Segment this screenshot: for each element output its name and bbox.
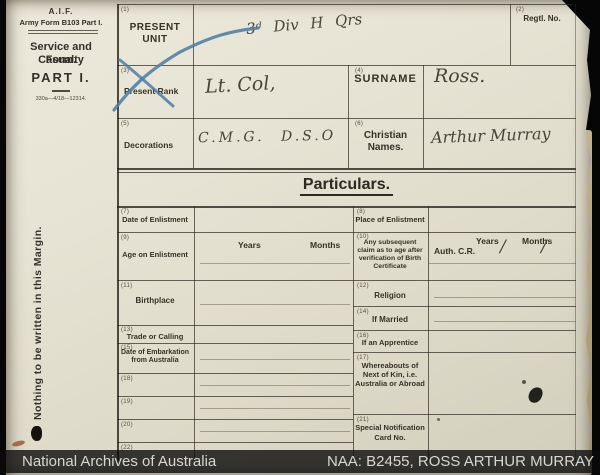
handwriting-present-rank: Lt. Col, — [204, 72, 275, 98]
field-label-auth-cr: Auth. C.R. — [434, 246, 475, 256]
margin-form-number: Army Form B103 Part I. — [6, 18, 116, 27]
ink-blot — [527, 385, 544, 404]
row-number: (19) — [121, 399, 133, 405]
grid-line — [117, 280, 576, 281]
row-label-if-an-apprentice: If an Apprentice — [354, 338, 426, 347]
row-number: (18) — [121, 376, 133, 382]
row-label-age-on-enlistment: Age on Enlistment — [118, 250, 192, 259]
grid-line — [353, 352, 576, 353]
margin-rule — [28, 30, 98, 31]
column-header-years: Years — [238, 240, 261, 250]
field-number: (1) — [121, 7, 129, 13]
row-label-trade-or-calling: Trade or Calling — [118, 332, 192, 341]
row-label-date-of-embarkation: Date of Embarkation from Australia — [118, 349, 192, 365]
grid-line — [193, 4, 194, 168]
grid-line — [117, 4, 119, 462]
margin-print-code: 330a—4/18—12314. — [6, 96, 116, 102]
archive-name: National Archives of Australia — [22, 453, 216, 470]
handwriting-decorations: C.M.G. D.S.O — [198, 128, 336, 146]
margin-vertical-note: Nothing to be written in this Margin. — [32, 226, 44, 420]
handwriting-present-unit: 3ᵈ Div H Qrs — [245, 10, 363, 38]
row-label-birthplace: Birthplace — [118, 296, 192, 305]
row-number: (9) — [121, 235, 129, 241]
row-label-whereabouts-next-of-kin: Whereabouts of Next of Kin, i.e. Austral… — [354, 361, 426, 388]
writing-line — [200, 359, 350, 360]
column-header-months: Months — [522, 236, 552, 246]
grid-line — [510, 4, 511, 65]
writing-line — [434, 297, 576, 298]
grid-line — [117, 419, 353, 420]
row-label-date-of-enlistment: Date of Enlistment — [118, 215, 192, 224]
form-content: A.I.F. Army Form B103 Part I. Service an… — [0, 0, 600, 475]
writing-line — [434, 321, 576, 322]
grid-line — [117, 4, 572, 5]
grid-line — [117, 65, 576, 66]
row-label-age-claim: Any subsequent claim as to age after ver… — [354, 239, 426, 271]
field-number: (3) — [121, 68, 129, 74]
grid-line — [117, 442, 353, 443]
writing-line — [200, 385, 350, 386]
grid-line — [428, 206, 429, 462]
column-header-months: Months — [310, 240, 340, 250]
handwriting-years-mark: / — [500, 237, 506, 257]
writing-line — [200, 263, 350, 264]
grid-line — [117, 373, 353, 374]
writing-line — [200, 431, 350, 432]
row-label-religion: Religion — [354, 291, 426, 300]
field-label-surname: SURNAME — [348, 73, 423, 85]
margin-rule — [28, 33, 98, 34]
blue-cross-stroke — [120, 60, 173, 106]
ink-speck — [522, 380, 526, 384]
particulars-heading-row: Particulars. — [117, 176, 576, 194]
grid-line — [117, 168, 576, 170]
margin-form-title-line2: Form. — [6, 54, 116, 66]
margin-corps-label: A.I.F. — [6, 7, 116, 16]
writing-line — [429, 263, 576, 264]
row-label-special-notification-card: Special Notification Card No. — [354, 423, 426, 443]
field-number: (5) — [121, 121, 129, 127]
field-number: (6) — [355, 121, 363, 127]
field-number: (2) — [516, 7, 524, 13]
writing-line — [200, 408, 350, 409]
margin-part-label: PART I. — [6, 70, 116, 85]
row-number: (11) — [121, 283, 132, 289]
row-number: (12) — [357, 283, 369, 289]
row-label-place-of-enlistment: Place of Enlistment — [354, 215, 426, 224]
handwriting-surname: Ross. — [434, 65, 485, 87]
handwriting-christian-names: Arthur Murray — [431, 124, 551, 147]
grid-line — [353, 414, 576, 415]
archive-reference: NAA: B2455, ROSS ARTHUR MURRAY — [327, 453, 594, 470]
field-label-regtl-no: Regtl. No. — [512, 14, 572, 23]
grid-line — [353, 306, 576, 307]
field-label-present-unit: PRESENT UNIT — [118, 22, 192, 46]
field-label-present-rank: Present Rank — [124, 86, 178, 96]
writing-line — [200, 304, 350, 305]
field-label-decorations: Decorations — [124, 140, 173, 150]
rust-stain — [12, 440, 26, 448]
particulars-heading: Particulars. — [300, 176, 393, 196]
ink-blot — [31, 426, 42, 441]
archive-caption-bar: National Archives of Australia NAA: B245… — [0, 450, 600, 473]
column-header-years: Years — [476, 236, 499, 246]
row-label-if-married: If Married — [354, 315, 426, 324]
grid-line — [117, 325, 353, 326]
grid-line — [194, 206, 195, 462]
grid-line — [117, 118, 576, 119]
field-label-christian-names: Christian Names. — [348, 130, 423, 154]
grid-line — [117, 172, 576, 173]
grid-line — [117, 232, 576, 233]
grid-line — [353, 330, 576, 331]
row-number: (20) — [121, 422, 133, 428]
grid-line — [117, 396, 353, 397]
ink-speck — [437, 418, 440, 421]
margin-short-rule — [52, 90, 70, 92]
handwriting-months-mark: / — [541, 237, 547, 257]
grid-line — [423, 65, 424, 168]
grid-line — [575, 4, 576, 462]
grid-line — [117, 206, 576, 208]
archived-service-record-page: A.I.F. Army Form B103 Part I. Service an… — [0, 0, 600, 475]
grid-line — [117, 343, 353, 344]
